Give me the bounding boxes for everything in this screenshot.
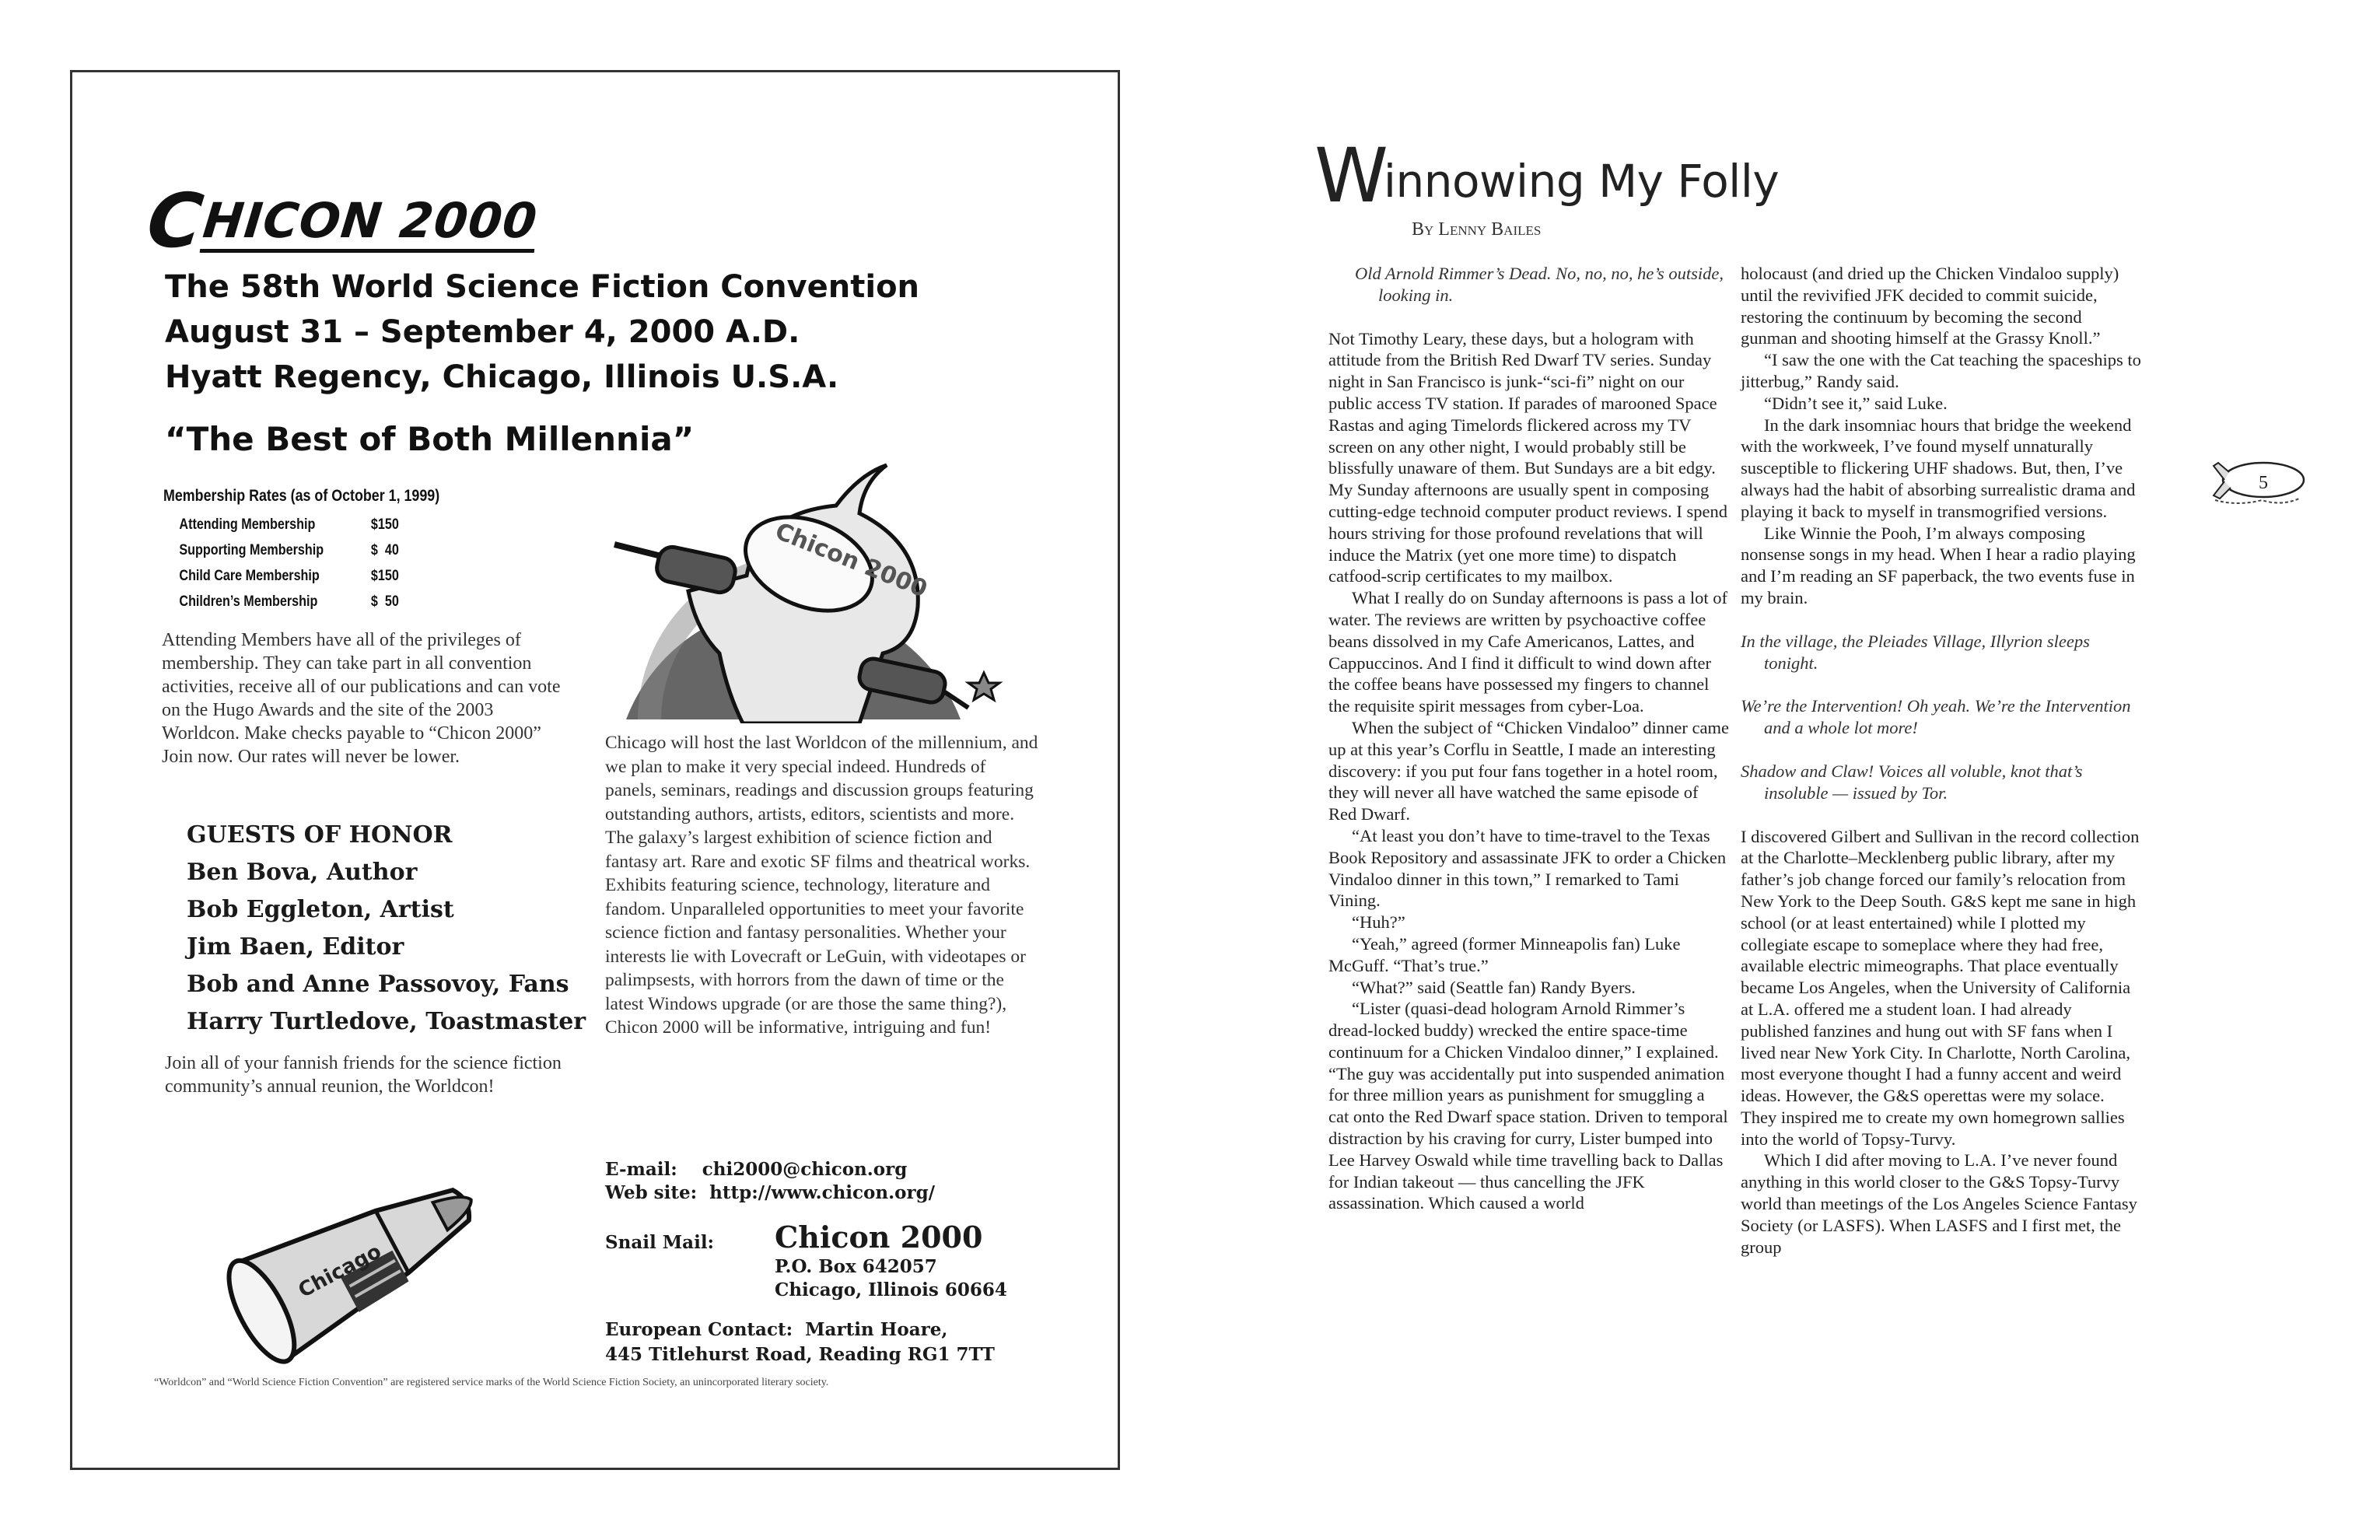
paragraph: When the subject of “Chicken Vindaloo” d… [1328, 717, 1729, 825]
astronaut-illustration: Chicon 2000 [603, 459, 1023, 723]
european-contact: European Contact: Martin Hoare, 445 Titl… [605, 1318, 995, 1367]
membership-rates: Membership Rates (as of October 1, 1999)… [163, 487, 439, 614]
trademark-footnote: “Worldcon” and “World Science Fiction Co… [154, 1377, 828, 1389]
rate-price: $150 [371, 516, 411, 534]
email-line: E-mail: chi2000@chicon.org [605, 1159, 907, 1180]
join-paragraph: Join all of your fannish friends for the… [165, 1052, 569, 1098]
rate-row: Attending Membership $150 [163, 512, 439, 537]
title-rest: innowing My Folly [1384, 155, 1779, 208]
promo-paragraph: Chicago will host the last Worldcon of t… [605, 731, 1041, 1040]
paragraph: “Huh?” [1328, 912, 1729, 933]
convention-venue: Hyatt Regency, Chicago, Illinois U.S.A. [165, 359, 838, 395]
euro-label: European Contact: [605, 1319, 793, 1340]
snail-mail: Snail Mail: Chicon 2000 P.O. Box 642057 … [605, 1220, 1007, 1302]
rate-row: Supporting Membership $ 40 [163, 537, 439, 563]
spacer [1741, 609, 2141, 631]
privileges-paragraph: Attending Members have all of the privil… [162, 628, 574, 768]
paragraph: “Lister (quasi-dead hologram Arnold Rimm… [1328, 998, 1729, 1214]
lyric: In the village, the Pleiades Village, Il… [1741, 631, 2141, 674]
paragraph: “Didn’t see it,” said Luke. [1741, 393, 2141, 415]
lyric: We’re the Intervention! Oh yeah. We’re t… [1741, 695, 2141, 739]
paragraph: What I really do on Sunday afternoons is… [1328, 587, 1729, 717]
rate-price: $ 40 [371, 542, 411, 559]
epigraph: Old Arnold Rimmer’s Dead. No, no, no, he… [1328, 263, 1729, 306]
page-number: 5 [2259, 473, 2268, 494]
guest-item: Ben Bova, Author [187, 854, 586, 891]
email-address[interactable]: chi2000@chicon.org [702, 1159, 908, 1180]
rate-name: Children’s Membership [179, 593, 371, 611]
article-byline: By Lenny Bailes [1412, 219, 1541, 240]
convention-name: The 58th World Science Fiction Conventio… [165, 269, 919, 305]
paragraph: Like Winnie the Pooh, I’m always composi… [1741, 523, 2141, 609]
guest-item: Jim Baen, Editor [187, 929, 586, 966]
web-address[interactable]: http://www.chicon.org/ [709, 1182, 935, 1203]
title-drop-letter: W [1314, 132, 1384, 219]
rate-price: $ 50 [371, 593, 411, 611]
rate-price: $150 [371, 568, 411, 585]
lyric: Shadow and Claw! Voices all voluble, kno… [1741, 761, 2141, 804]
web-line: Web site: http://www.chicon.org/ [605, 1182, 935, 1203]
paragraph: In the dark insomniac hours that bridge … [1741, 415, 2141, 523]
paragraph: Not Timothy Leary, these days, but a hol… [1328, 328, 1729, 588]
rate-name: Child Care Membership [179, 568, 371, 585]
paragraph: “Yeah,” agreed (former Minneapolis fan) … [1328, 933, 1729, 977]
space-capsule-illustration: Chicago [218, 1151, 498, 1369]
snail-city: Chicago, Illinois 60664 [775, 1279, 1007, 1302]
rate-row: Child Care Membership $150 [163, 563, 439, 589]
snail-org: Chicon 2000 [775, 1220, 1007, 1255]
guest-item: Harry Turtledove, Toastmaster [187, 1003, 586, 1041]
chicon-logo: CHICON 2000 [144, 184, 541, 258]
paragraph: “What?” said (Seattle fan) Randy Byers. [1328, 977, 1729, 999]
guests-title: GUESTS OF HONOR [187, 817, 586, 854]
rate-row: Children’s Membership $ 50 [163, 589, 439, 614]
paragraph: I discovered Gilbert and Sullivan in the… [1741, 826, 2141, 1150]
euro-name: Martin Hoare, [805, 1319, 947, 1340]
paragraph: “At least you don’t have to time-travel … [1328, 825, 1729, 912]
guest-item: Bob Eggleton, Artist [187, 891, 586, 929]
rates-title: Membership Rates (as of October 1, 1999) [163, 487, 439, 506]
rate-name: Attending Membership [179, 516, 371, 534]
snail-address: Chicon 2000 P.O. Box 642057 Chicago, Ill… [775, 1220, 1007, 1302]
page-number-blimp-icon [2207, 455, 2308, 511]
logo-rest: HICON 2000 [200, 192, 540, 253]
logo-initial: C [143, 177, 208, 264]
guest-item: Bob and Anne Passovoy, Fans [187, 966, 586, 1003]
article-column-2: holocaust (and dried up the Chicken Vind… [1741, 263, 2141, 1258]
rate-name: Supporting Membership [179, 542, 371, 559]
snail-label: Snail Mail: [605, 1220, 768, 1253]
paragraph: holocaust (and dried up the Chicken Vind… [1741, 263, 2141, 349]
guests-of-honor: GUESTS OF HONOR Ben Bova, Author Bob Egg… [187, 817, 586, 1041]
article-title: Winnowing My Folly [1314, 138, 1779, 213]
convention-tagline: “The Best of Both Millennia” [165, 420, 694, 458]
euro-address: 445 Titlehurst Road, Reading RG1 7TT [605, 1342, 995, 1367]
article-column-1: Old Arnold Rimmer’s Dead. No, no, no, he… [1328, 263, 1729, 1214]
convention-dates: August 31 – September 4, 2000 A.D. [165, 314, 800, 350]
web-label: Web site: [605, 1182, 697, 1203]
paragraph: “I saw the one with the Cat teaching the… [1741, 349, 2141, 393]
email-label: E-mail: [605, 1159, 677, 1180]
snail-box: P.O. Box 642057 [775, 1255, 1007, 1279]
paragraph: Which I did after moving to L.A. I’ve ne… [1741, 1150, 2141, 1258]
